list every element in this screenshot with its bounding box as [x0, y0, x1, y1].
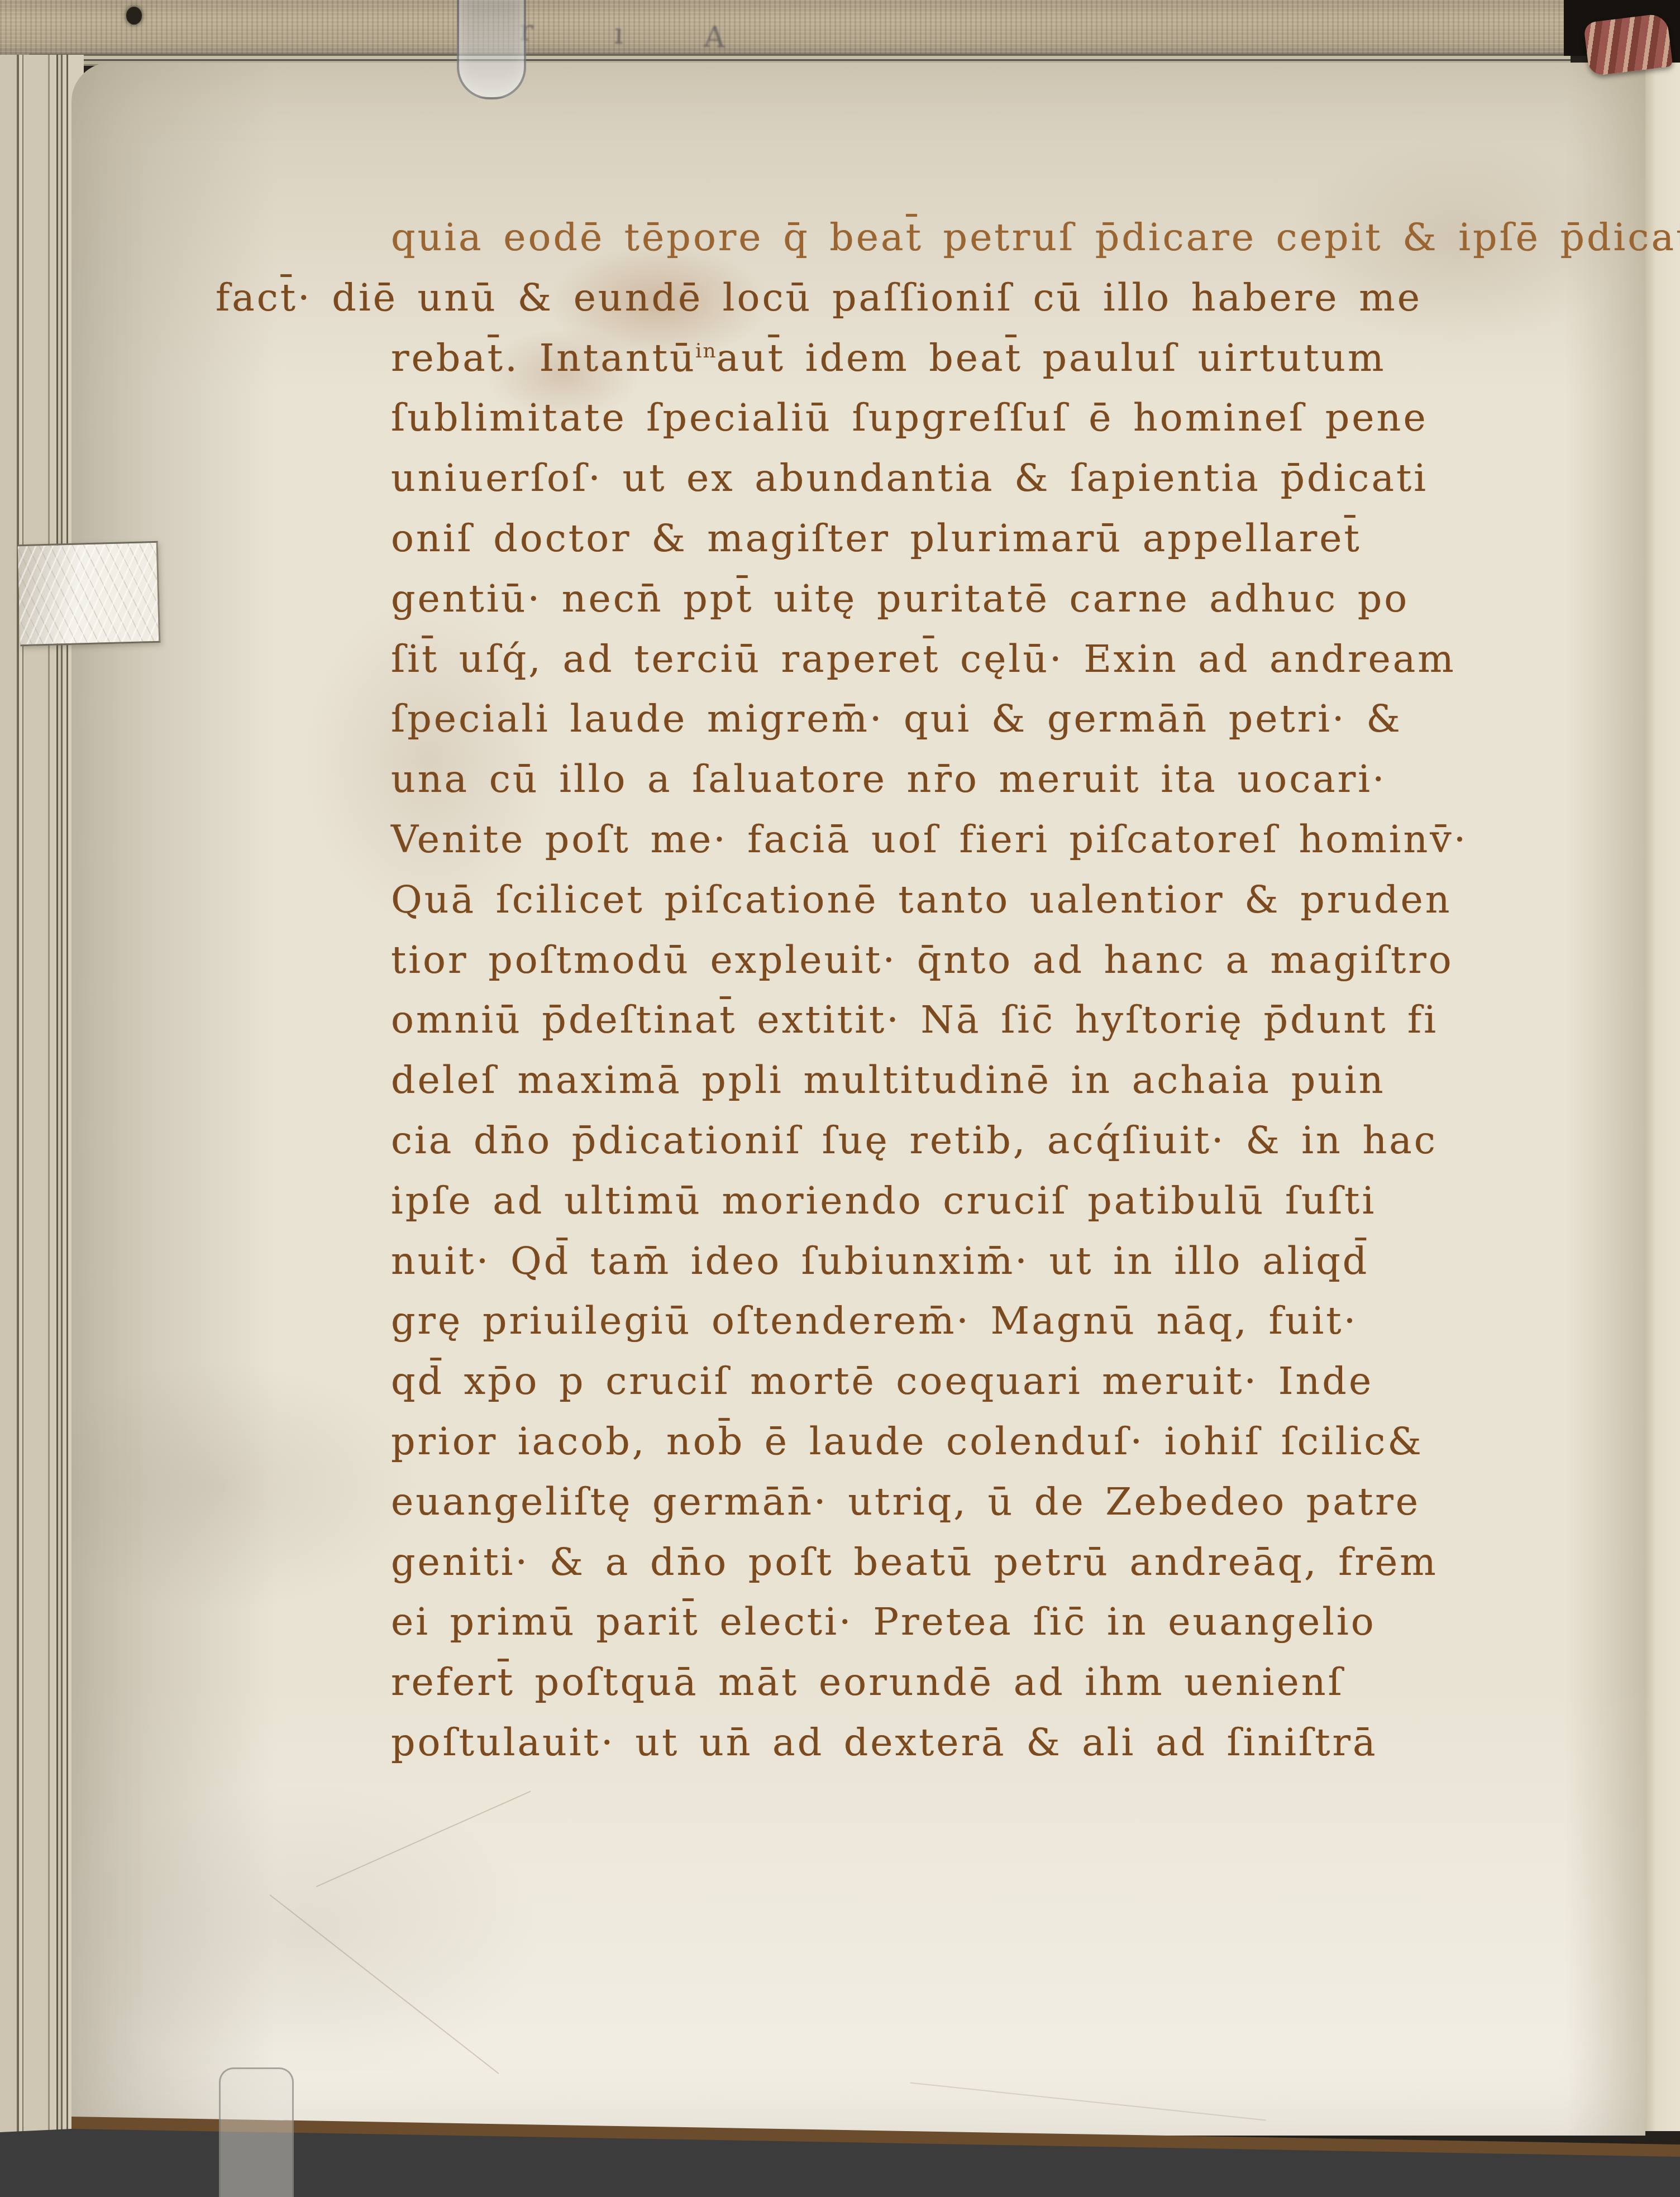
- manuscript-text-line: ſublimitate ſpecialiū ſupgreſſuſ ē homin…: [391, 388, 1676, 448]
- manuscript-text-line: uniuerſoſ· ut ex abundantia & ſapientia …: [391, 448, 1676, 509]
- manuscript-text-line: prior iacob, nob̄ ē laude colenduſ· iohi…: [391, 1412, 1676, 1472]
- manuscript-text-line: fact̄· diē unū & eundē locū paſſioniſ cū…: [216, 268, 1676, 328]
- wormhole-spot: [126, 7, 142, 25]
- parchment-crease: [270, 1894, 499, 2074]
- manuscript-text-line: ſpeciali laude migrem̄· qui & germān̄ pe…: [391, 689, 1676, 749]
- manuscript-text-line: euangeliſtę germān̄· utriq, ū de Zebedeo…: [391, 1472, 1676, 1532]
- manuscript-text-line: tior poſtmodū expleuit· q̄nto ad hanc a …: [391, 930, 1676, 991]
- plastic-clip-bottom: [219, 2067, 294, 2197]
- manuscript-text-line: gentiū· necn̄ ppt̄ uitę puritatē carne a…: [391, 569, 1676, 629]
- spine-repair-tab: [18, 541, 161, 647]
- manuscript-text-line: Quā ſcilicet piſcationē tanto ualentior …: [391, 870, 1676, 930]
- plastic-clip-top: [457, 0, 526, 99]
- manuscript-text-line: quia eodē tēpore q̄ beat̄ petruſ p̄dicar…: [391, 208, 1676, 268]
- manuscript-text-line: omniū p̄deſtinat̄ extitit· Nā ſic̄ hyſto…: [391, 990, 1676, 1050]
- manuscript-text-line: Venite poſt me· faciā uoſ fieri piſcator…: [391, 810, 1676, 870]
- manuscript-text-line: una cū illo a ſaluatore nr̄o meruit ita …: [391, 749, 1676, 810]
- manuscript-text-block: quia eodē tēpore q̄ beat̄ petruſ p̄dicar…: [391, 208, 1676, 1773]
- manuscript-text-line: qd̄ xp̄o p cruciſ mortē coequari meruit·…: [391, 1351, 1676, 1412]
- manuscript-text-line: deleſ maximā ppli multitudinē in achaia …: [391, 1050, 1676, 1111]
- interlinear-gloss: in: [695, 340, 717, 362]
- manuscript-text-line: oniſ doctor & magiſter plurimarū appella…: [391, 509, 1676, 569]
- manuscript-text-line: ipſe ad ultimū moriendo cruciſ patibulū …: [391, 1171, 1676, 1231]
- manuscript-text-line: grę priuilegiū oſtenderem̄· Magnū nāq, f…: [391, 1291, 1676, 1351]
- manuscript-text-line: cia dn̄o p̄dicationiſ ſuę retib, acq́ſiu…: [391, 1111, 1676, 1171]
- parchment-crease: [910, 2083, 1266, 2121]
- manuscript-text-line: ei primū parit̄ electi· Pretea ſic̄ in e…: [391, 1592, 1676, 1652]
- manuscript-text-line: nuit· Qd̄ tam̄ ideo ſubiunxim̄· ut in il…: [391, 1231, 1676, 1292]
- red-endband: [1583, 13, 1673, 77]
- parchment-crease: [316, 1791, 531, 1888]
- manuscript-text-line: refert̄ poſtquā māt eorundē ad ihm uenie…: [391, 1652, 1676, 1713]
- manuscript-text-line: ſit̄ uſq́, ad terciū raperet̄ cęlū· Exin…: [391, 629, 1676, 690]
- manuscript-text-line: geniti· & a dn̄o poſt beatū petrū andreā…: [391, 1532, 1676, 1593]
- manuscript-text-line: rebat̄. Intantū aut̄ idem beat̄ pauluſ u…: [391, 328, 1676, 389]
- manuscript-text-line: poſtulauit· ut un̄ ad dexterā & ali ad ſ…: [391, 1713, 1676, 1773]
- manuscript-photo: r ı A quia eodē tēpore q̄ beat̄ petruſ p…: [0, 0, 1680, 2197]
